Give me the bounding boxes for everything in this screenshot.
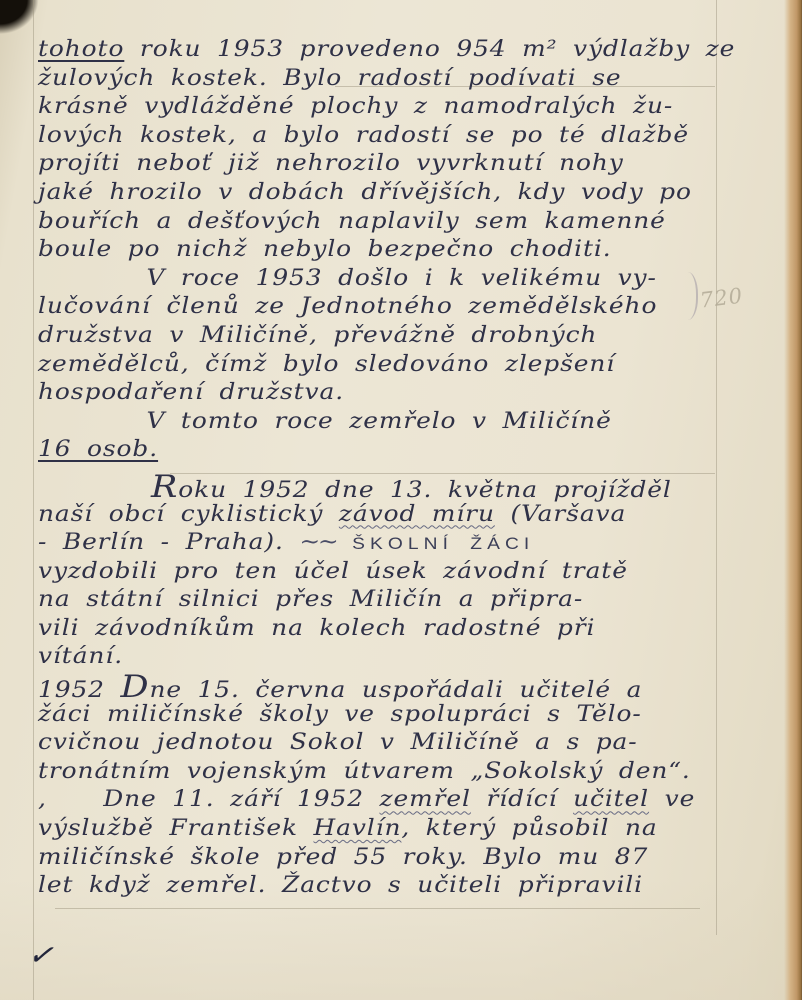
handwriting-line: lučování členů ze Jednotného zemědělskéh… [38, 293, 802, 322]
handwriting-segment: 1952 [38, 678, 120, 703]
handwriting-segment: řídící [471, 787, 573, 812]
handwriting-segment: tohoto [38, 37, 124, 62]
paragraph: 1952 Dne 15. června uspořádali učitelé a… [38, 672, 758, 786]
handwriting-segment: ve [649, 787, 695, 812]
handwriting-line: na státní silnici přes Miličín a připra- [38, 586, 802, 615]
handwriting-segment: ~~ [299, 530, 336, 555]
handwriting-segment: družstva v Miličíně, převážně drobných [38, 323, 597, 348]
handwriting-segment: zemřel [380, 787, 471, 812]
handwriting-segment: (Varšava [495, 502, 626, 527]
handwriting-segment: zemědělců, čímž bylo sledováno zlepšení [38, 352, 615, 377]
handwriting-segment: učitel [573, 787, 649, 812]
handwriting-line: krásně vydlážděné plochy z namodralých ž… [38, 93, 802, 122]
handwriting-line: tronátním vojenským útvarem „Sokolský de… [38, 758, 802, 787]
handwriting-segment: lových kostek, a bylo radostí se po té d… [38, 123, 689, 148]
handwriting-line: jaké hrozilo v dobách dřívějších, kdy vo… [38, 179, 802, 208]
handwriting-segment: hospodaření družstva. [38, 380, 344, 405]
handwriting-segment: R [151, 469, 178, 505]
handwriting-line: vili závodníkům na kolech radostné při [38, 615, 802, 644]
handwriting-segment: V tomto roce zemřelo v Miličíně [146, 409, 611, 434]
handwriting-segment: - Berlín - Praha). [38, 530, 299, 555]
handwriting-line: V tomto roce zemřelo v Miličíně [38, 408, 802, 437]
handwriting-line: žáci miličínské školy ve spolupráci s Tě… [38, 701, 802, 730]
handwriting-line: družstva v Miličíně, převážně drobných [38, 322, 802, 351]
handwriting-line: 16 osob. [38, 436, 802, 465]
paragraph: V tomto roce zemřelo v Miličíně16 osob. [38, 408, 758, 465]
check-mark: ✓ [26, 937, 55, 974]
handwriting-segment [336, 530, 352, 555]
handwriting-segment: tronátním vojenským útvarem „Sokolský de… [38, 759, 691, 784]
handwriting-line: naší obcí cyklistický závod míru (Varšav… [38, 501, 802, 530]
paragraph: V roce 1953 došlo i k velikému vy-lučová… [38, 265, 758, 408]
handwriting-segment: jaké hrozilo v dobách dřívějších, kdy vo… [38, 180, 692, 205]
handwriting-segment: vili závodníkům na kolech radostné při [38, 616, 595, 641]
handwriting-segment: žáci miličínské školy ve spolupráci s Tě… [38, 702, 642, 727]
handwriting-segment: naší obcí cyklistický [38, 502, 339, 527]
handwriting-segment: V roce 1953 došlo i k velikému vy- [146, 266, 656, 291]
handwriting-segment: ŠKOLNÍ ŽÁCI [352, 534, 534, 553]
left-margin-rule [33, 0, 34, 1000]
paragraph: tohoto roku 1953 provedeno 954 m² výdlaž… [38, 36, 758, 265]
handwriting-segment: projíti neboť již nehrozilo vyvrknutí no… [38, 151, 624, 176]
handwriting-segment: oku 1952 dne 13. května projížděl [178, 478, 671, 503]
paragraph: ,Dne 11. září 1952 zemřel řídící učitel … [38, 786, 758, 900]
handwriting-line: Roku 1952 dne 13. května projížděl [38, 472, 802, 501]
handwriting-segment: bouřích a dešťových naplavily sem kamenn… [38, 209, 666, 234]
handwriting-line: vyzdobili pro ten účel úsek závodní trat… [38, 558, 802, 587]
handwriting-line: let když zemřel. Žactvo s učiteli připra… [38, 872, 802, 901]
handwriting-segment: výslužbě František [38, 816, 314, 841]
handwriting-segment: na státní silnici přes Miličín a připra- [38, 587, 583, 612]
handwriting-line: zemědělců, čímž bylo sledováno zlepšení [38, 351, 802, 380]
handwriting-segment: cvičnou jednotou Sokol v Miličíně a s pa… [38, 730, 638, 755]
handwriting-segment: boule po nichž nebylo bezpečno choditi. [38, 237, 612, 262]
handwriting-line: V roce 1953 došlo i k velikému vy- [38, 265, 802, 294]
handwriting-segment: vyzdobili pro ten účel úsek závodní trat… [38, 559, 628, 584]
handwriting-segment: let když zemřel. Žactvo s učiteli připra… [38, 873, 643, 898]
handwriting-segment: krásně vydlážděné plochy z namodralých ž… [38, 94, 673, 119]
handwriting-segment: ne 15. června uspořádali učitelé a [149, 678, 642, 703]
handwriting-line: hospodaření družstva. [38, 379, 802, 408]
handwriting-segment: Havlín [314, 816, 402, 841]
handwriting-line: tohoto roku 1953 provedeno 954 m² výdlaž… [38, 36, 802, 65]
handwriting-segment: miličínské škole před 55 roky. Bylo mu 8… [38, 845, 648, 870]
handwriting-line: výslužbě František Havlín, který působil… [38, 815, 802, 844]
handwriting-line: boule po nichž nebylo bezpečno choditi. [38, 236, 802, 265]
handwriting-line: cvičnou jednotou Sokol v Miličíně a s pa… [38, 729, 802, 758]
handwriting-segment: Dne 11. září 1952 [103, 787, 379, 812]
handwriting-segment: roku 1953 provedeno 954 m² výdlažby ze [124, 37, 735, 62]
handwriting-segment: lučování členů ze Jednotného zemědělskéh… [38, 294, 657, 319]
handwriting-line: lových kostek, a bylo radostí se po té d… [38, 122, 802, 151]
handwriting-segment: závod míru [339, 502, 495, 527]
handwriting-segment: 16 osob. [38, 437, 158, 462]
handwriting-line: žulových kostek. Bylo radostí podívati s… [38, 65, 802, 94]
handwriting-line: - Berlín - Praha). ~~ ŠKOLNÍ ŽÁCI [38, 529, 802, 558]
handwriting-line: miličínské škole před 55 roky. Bylo mu 8… [38, 844, 802, 873]
handwriting-segment: , který působil na [401, 816, 657, 841]
text-block: tohoto roku 1953 provedeno 954 m² výdlaž… [38, 36, 758, 901]
handwriting-segment: vítání. [38, 644, 123, 669]
paragraph: Roku 1952 dne 13. května projíždělnaší o… [38, 472, 758, 672]
handwriting-segment: , [38, 787, 47, 812]
handwriting-line: ,Dne 11. září 1952 zemřel řídící učitel … [38, 786, 802, 815]
handwriting-line: bouřích a dešťových naplavily sem kamenn… [38, 208, 802, 237]
pencil-guide-line-bottom [55, 908, 700, 909]
handwriting-line: 1952 Dne 15. června uspořádali učitelé a [38, 672, 802, 701]
handwriting-line: vítání. [38, 643, 802, 672]
handwriting-segment: D [120, 669, 149, 705]
handwriting-segment: žulových kostek. Bylo radostí podívati s… [38, 66, 622, 91]
handwriting-line: projíti neboť již nehrozilo vyvrknutí no… [38, 150, 802, 179]
